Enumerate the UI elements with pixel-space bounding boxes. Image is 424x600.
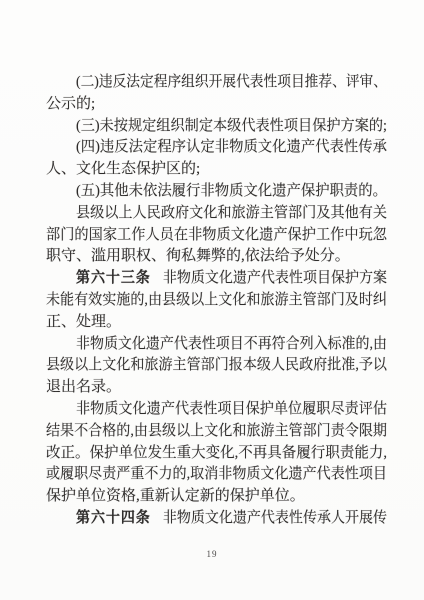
line-text: (二)违反法定程序组织开展代表性项目推荐、评审、: [76, 74, 387, 90]
line-text: 县级以上文化和旅游主管部门报本级人民政府批准,予以: [46, 357, 387, 373]
line-text: 非物质文化遗产代表性项目不再符合列入标准的,由: [76, 336, 387, 352]
text-line: 改正。保护单位发生重大变化,不再具备履行职责能力,: [46, 443, 387, 465]
text-line: 未能有效实施的,由县级以上文化和旅游主管部门及时纠: [46, 290, 387, 312]
text-line: 保护单位资格,重新认定新的保护单位。: [46, 486, 387, 508]
line-text: 改正。保护单位发生重大变化,不再具备履行职责能力,: [46, 445, 387, 461]
text-line: 结果不合格的,由县级以上文化和旅游主管部门责令限期: [46, 421, 387, 443]
line-text: 退出名录。: [46, 379, 121, 395]
page-number: 19: [0, 549, 424, 559]
text-line: 非物质文化遗产代表性项目保护单位履职尽责评估: [46, 399, 387, 421]
line-text: 非物质文化遗产代表性项目保护方案: [163, 270, 387, 286]
line-text: (五)其他未依法履行非物质文化遗产保护职责的。: [76, 183, 387, 199]
article-line: 第六十三条非物质文化遗产代表性项目保护方案: [46, 268, 387, 290]
text-line: 公示的;: [46, 94, 387, 116]
line-text: 县级以上人民政府文化和旅游主管部门及其他有关: [76, 205, 387, 221]
text-line: (四)违反法定程序认定非物质文化遗产代表性传承: [46, 137, 387, 159]
text-line: 或履职尽责严重不力的,取消非物质文化遗产代表性项目: [46, 464, 387, 486]
text-line: (五)其他未依法履行非物质文化遗产保护职责的。: [46, 181, 387, 203]
text-line: 非物质文化遗产代表性项目不再符合列入标准的,由: [46, 334, 387, 356]
line-text: 非物质文化遗产代表性传承人开展传: [163, 510, 387, 526]
line-text: 非物质文化遗产代表性项目保护单位履职尽责评估: [76, 401, 387, 417]
line-text: 结果不合格的,由县级以上文化和旅游主管部门责令限期: [46, 423, 387, 439]
document-page: (二)违反法定程序组织开展代表性项目推荐、评审、 公示的; (三)未按规定组织制…: [0, 0, 424, 600]
text-line: 职守、滥用职权、徇私舞弊的,依法给予处分。: [46, 246, 387, 268]
line-text: 公示的;: [46, 96, 95, 112]
text-line: 正、处理。: [46, 312, 387, 334]
line-text: 未能有效实施的,由县级以上文化和旅游主管部门及时纠: [46, 292, 387, 308]
line-text: (四)违反法定程序认定非物质文化遗产代表性传承: [76, 139, 387, 155]
article-number: 第六十四条: [76, 510, 151, 526]
text-line: 县级以上文化和旅游主管部门报本级人民政府批准,予以: [46, 355, 387, 377]
line-text: 职守、滥用职权、徇私舞弊的,依法给予处分。: [46, 248, 350, 264]
line-text: 或履职尽责严重不力的,取消非物质文化遗产代表性项目: [46, 466, 387, 482]
line-text: (三)未按规定组织制定本级代表性项目保护方案的;: [76, 118, 387, 134]
line-text: 正、处理。: [46, 314, 121, 330]
text-line: 部门的国家工作人员在非物质文化遗产保护工作中玩忽: [46, 225, 387, 247]
document-body: (二)违反法定程序组织开展代表性项目推荐、评审、 公示的; (三)未按规定组织制…: [46, 72, 387, 530]
text-line: 县级以上人民政府文化和旅游主管部门及其他有关: [46, 203, 387, 225]
text-line: 退出名录。: [46, 377, 387, 399]
article-line: 第六十四条非物质文化遗产代表性传承人开展传: [46, 508, 387, 530]
line-text: 保护单位资格,重新认定新的保护单位。: [46, 488, 305, 504]
line-text: 部门的国家工作人员在非物质文化遗产保护工作中玩忽: [46, 227, 387, 243]
text-line: (三)未按规定组织制定本级代表性项目保护方案的;: [46, 116, 387, 138]
line-text: 人、文化生态保护区的;: [46, 161, 200, 177]
article-number: 第六十三条: [76, 270, 151, 286]
text-line: (二)违反法定程序组织开展代表性项目推荐、评审、: [46, 72, 387, 94]
text-line: 人、文化生态保护区的;: [46, 159, 387, 181]
